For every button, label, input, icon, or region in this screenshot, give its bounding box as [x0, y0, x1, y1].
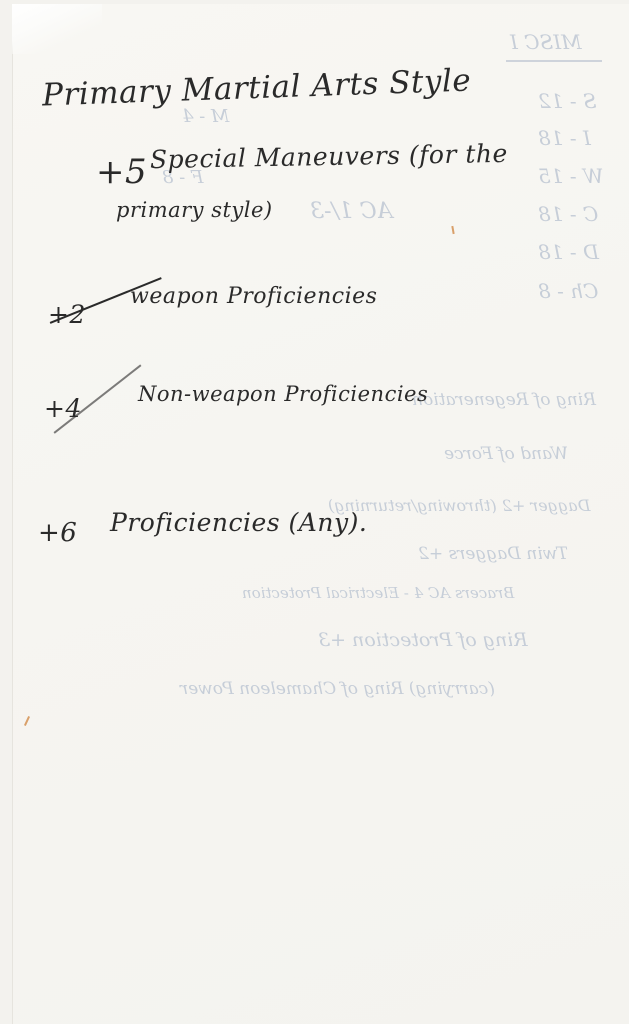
- ghost-stat: S - 12: [538, 89, 597, 113]
- ghost-middle: M - 4: [182, 106, 229, 127]
- struck-nonweapon-count: +4: [44, 394, 82, 423]
- ghost-item: Dagger +2 (throwing/returning): [328, 496, 590, 515]
- ghost-item: Wand of Force: [444, 444, 568, 464]
- line-weapon-proficiencies: weapon Proficiencies: [130, 284, 377, 309]
- ghost-stat: W - 15: [538, 164, 603, 188]
- line-maneuvers-prefix: +5: [96, 152, 147, 192]
- line-nonweapon-proficiencies: Non-weapon Proficiencies: [138, 382, 428, 406]
- line-primary-style-note: primary style): [116, 198, 273, 222]
- line-any-proficiencies: Proficiencies (Any).: [110, 508, 367, 537]
- ghost-stat: Ch - 8: [538, 279, 598, 303]
- ghost-stat: I - 18: [538, 126, 591, 150]
- ghost-stat: D - 18: [538, 240, 599, 264]
- paper-speck: [451, 226, 454, 234]
- ghost-item: Ring of Regeneration: [412, 390, 596, 410]
- ghost-header-rule: [506, 60, 602, 62]
- ghost-middle: AC 1/-3: [310, 199, 393, 224]
- ghost-item: (carrying) Ring of Chameleon Power: [180, 679, 495, 699]
- ghost-item: Bracers AC 4 - Electrical Protection: [242, 584, 514, 602]
- line-maneuvers: Special Maneuvers (for the: [150, 139, 508, 174]
- paper-sheet: MISC I S - 12 I - 18 W - 15 C - 18 D - 1…: [12, 4, 629, 1024]
- folded-corner: [12, 4, 102, 54]
- ghost-stat: C - 18: [538, 202, 598, 226]
- line-any-prefix: +6: [38, 518, 77, 548]
- paper-speck: [24, 716, 30, 726]
- line-primary-style: Primary Martial Arts Style: [42, 63, 472, 114]
- ghost-item: Twin Daggers +2: [418, 544, 568, 564]
- ghost-header: MISC I: [510, 30, 582, 54]
- ghost-item: Ring of Protection +3: [318, 629, 528, 651]
